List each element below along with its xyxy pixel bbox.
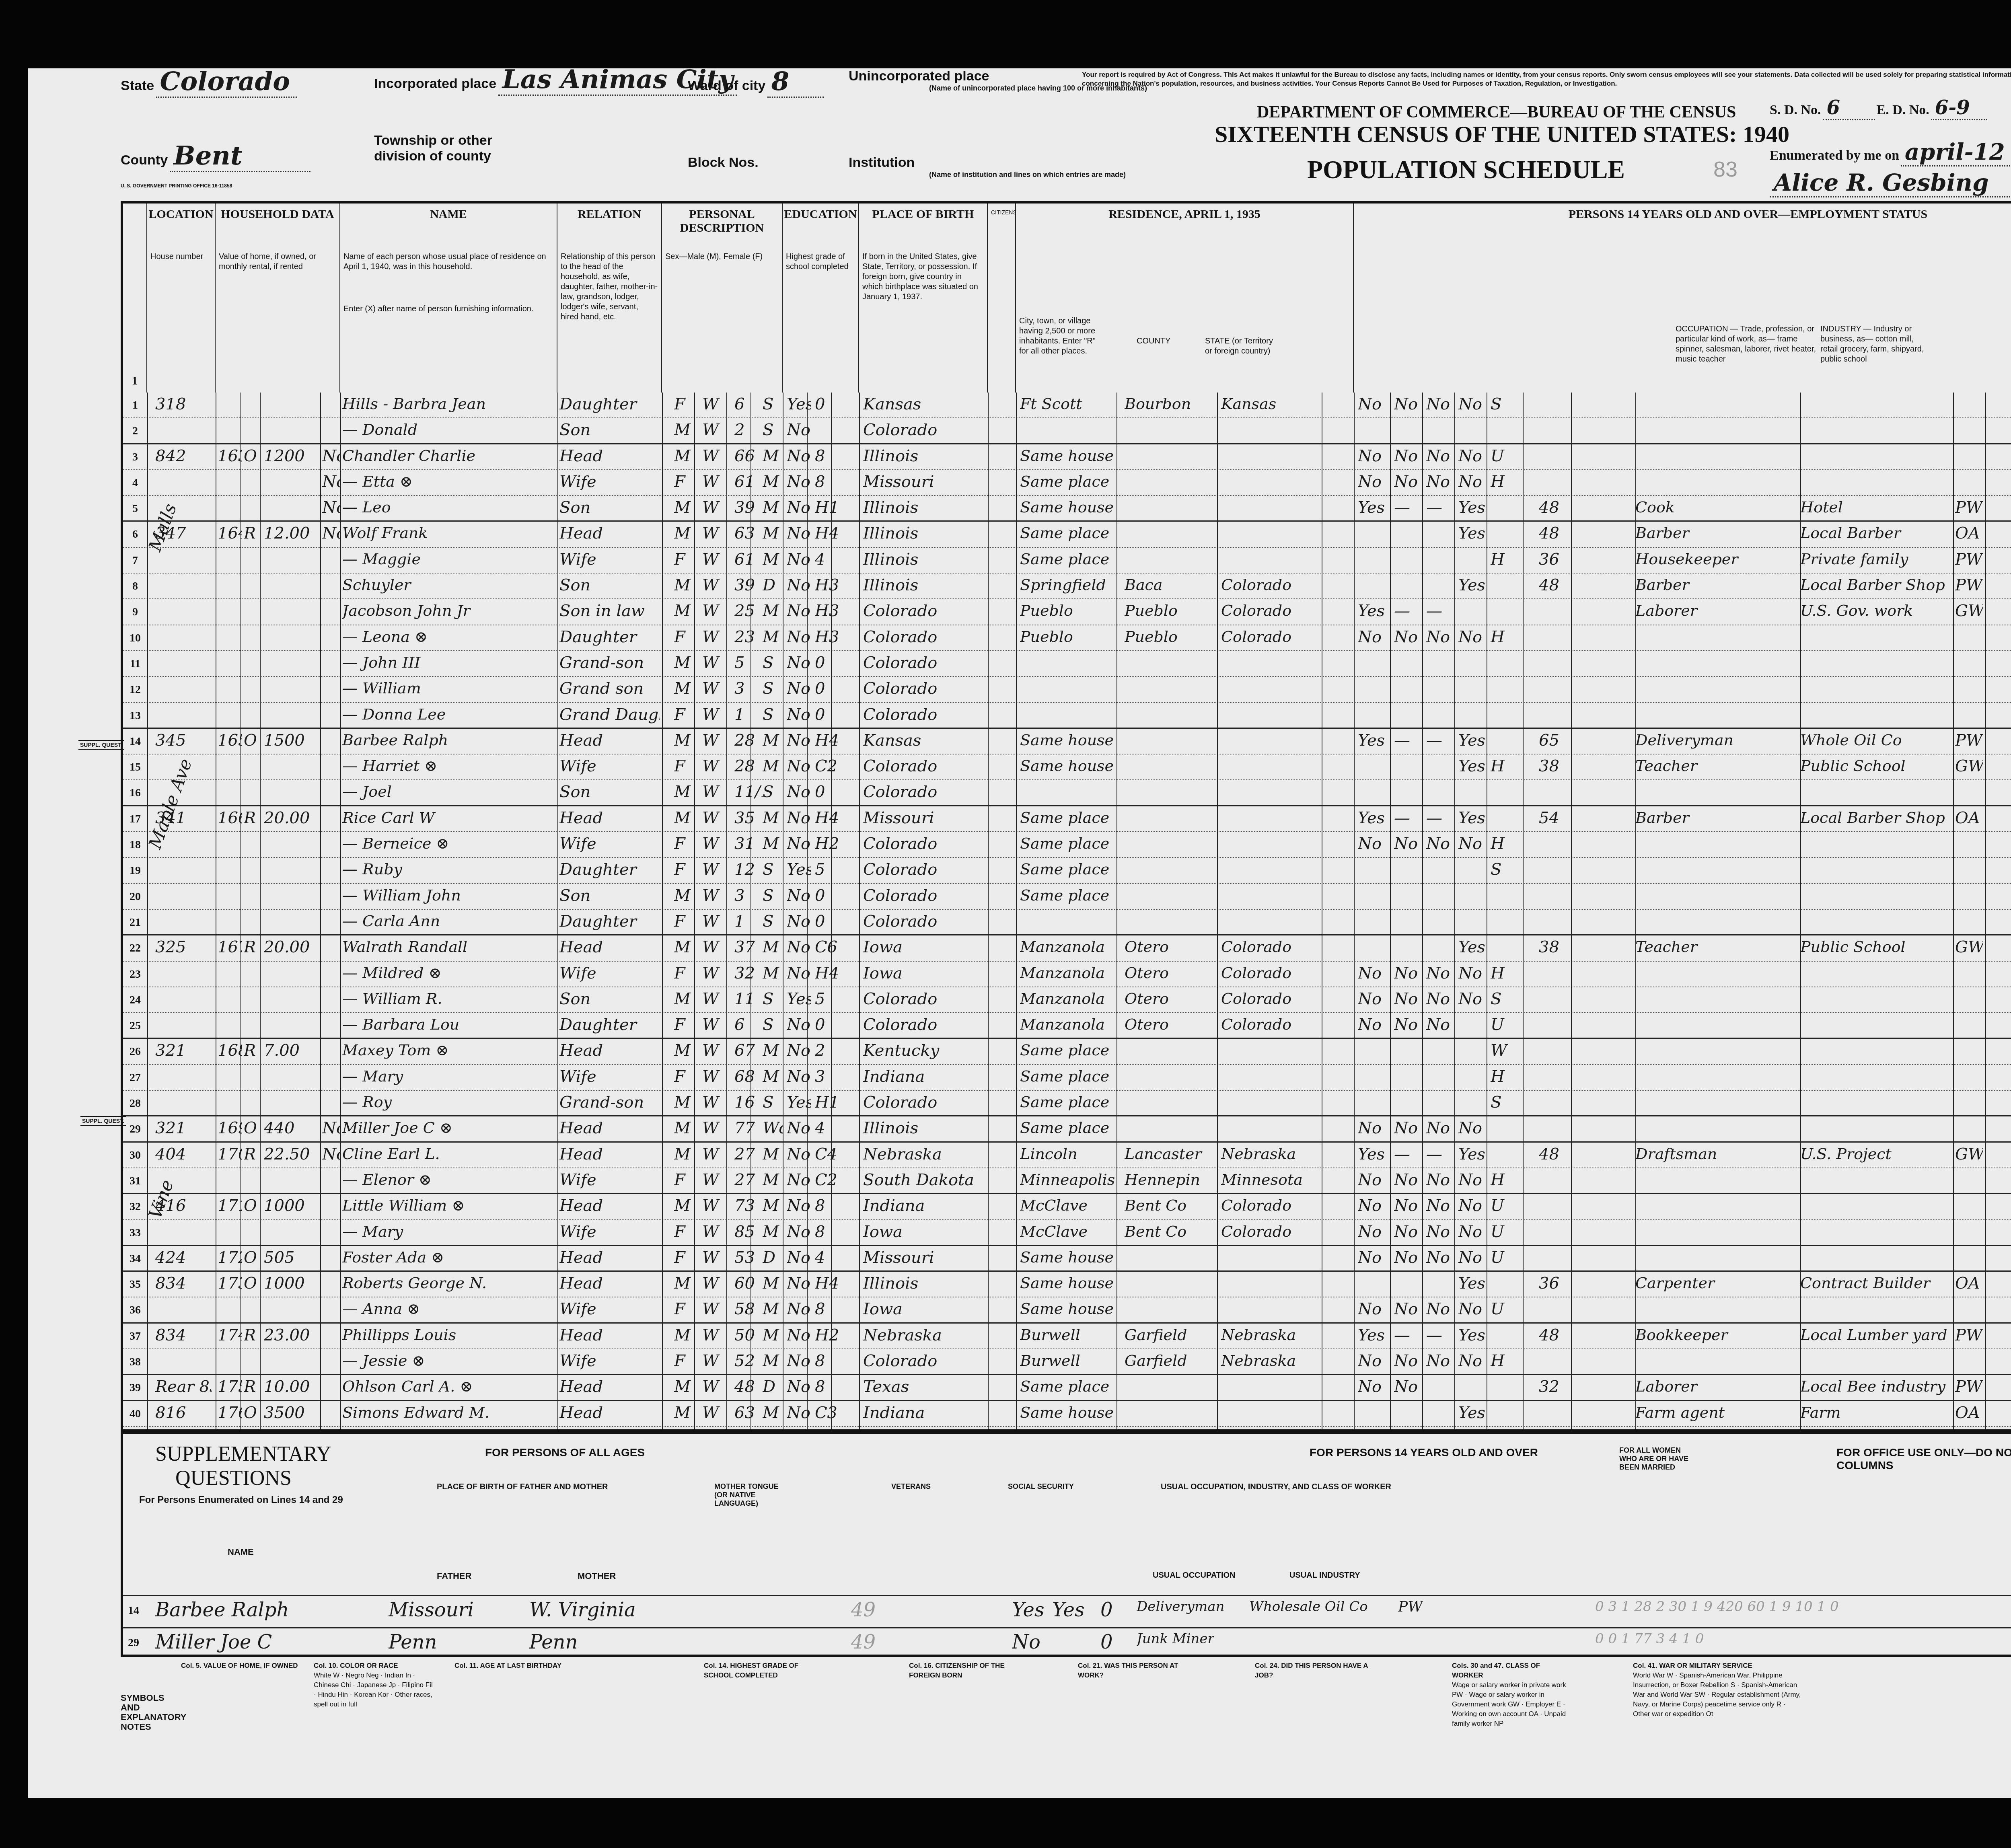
census-row: 3842163O1200NoChandler CharlieHeadMW66MN… bbox=[123, 444, 2011, 470]
cell-q25: U bbox=[1491, 1196, 1519, 1215]
col-group-personal: PERSONAL DESCRIPTIONSex—Male (M), Female… bbox=[662, 204, 783, 393]
census-row: 4No— Etta ⊗WifeFW61MNo8MissouriSame plac… bbox=[123, 470, 2011, 496]
cell-age: 48 bbox=[734, 1377, 763, 1396]
cell-industry: Private family bbox=[1800, 550, 1953, 568]
cell-sex: M bbox=[674, 731, 694, 750]
cell-res-city: Springfield bbox=[1020, 576, 1117, 594]
cell-tenure: O bbox=[244, 1274, 262, 1293]
cell-age: 6 bbox=[734, 1015, 763, 1034]
cell-grade: H4 bbox=[815, 964, 839, 983]
cell-line: 24 bbox=[123, 994, 147, 1007]
cell-res-city: McClave bbox=[1020, 1223, 1117, 1240]
cell-res-county: Pueblo bbox=[1125, 602, 1217, 619]
cell-line: 34 bbox=[123, 1252, 147, 1265]
cell-marital: M bbox=[763, 1352, 783, 1370]
cell-name: — William John bbox=[342, 886, 555, 904]
cell-line: 18 bbox=[123, 839, 147, 851]
cell-q25: H bbox=[1491, 964, 1519, 983]
column-rule bbox=[1016, 393, 1017, 1429]
state-value: Colorado bbox=[156, 66, 297, 98]
cell-q22: — bbox=[1394, 498, 1422, 517]
census-row: 40816176O3500Simons Edward M.HeadMW63MNo… bbox=[123, 1401, 2011, 1427]
cell-race: W bbox=[702, 1274, 722, 1293]
column-rule bbox=[1487, 393, 1487, 1429]
column-rule bbox=[557, 393, 558, 1429]
cell-res-county: Otero bbox=[1125, 990, 1217, 1007]
census-row: 38— Jessie ⊗WifeFW52MNo8ColoradoBurwellG… bbox=[123, 1349, 2011, 1375]
cell-line: 12 bbox=[123, 683, 147, 696]
cell-marital: S bbox=[763, 886, 783, 905]
cell-line: 23 bbox=[123, 968, 147, 981]
notes-col11: Col. 11. AGE AT LAST BIRTHDAY bbox=[454, 1661, 575, 1671]
cell-industry: Local Lumber yard bbox=[1800, 1326, 1953, 1344]
cell-race: W bbox=[702, 964, 722, 983]
cell-q21: No bbox=[1358, 835, 1390, 853]
cell-q21: No bbox=[1358, 628, 1390, 646]
cell-age: 16 bbox=[734, 1093, 763, 1112]
cell-marital: M bbox=[763, 550, 783, 569]
cell-line: 38 bbox=[123, 1356, 147, 1369]
cell-sex: M bbox=[674, 1119, 694, 1137]
col-relation: RELATIONRelationship of this person to t… bbox=[557, 204, 662, 393]
enumerated-label: Enumerated by me on bbox=[1770, 148, 1899, 163]
cell-q21: No bbox=[1358, 1352, 1390, 1370]
cell-res-city: Same house bbox=[1020, 447, 1117, 465]
cell-value: 505 bbox=[264, 1248, 320, 1267]
cell-sex: F bbox=[674, 757, 694, 775]
cell-res-county: Lancaster bbox=[1125, 1145, 1217, 1163]
cell-name: — Anna ⊗ bbox=[342, 1300, 555, 1318]
cell-age: 85 bbox=[734, 1223, 763, 1241]
cell-occupation: Draftsman bbox=[1635, 1145, 1796, 1163]
cell-marital: S bbox=[763, 912, 783, 931]
cell-relation: Head bbox=[559, 447, 660, 465]
cell-q21: Yes bbox=[1358, 498, 1390, 517]
cell-q25: U bbox=[1491, 1223, 1519, 1241]
ward-field: Ward of city 8 bbox=[688, 66, 824, 98]
enumerator-field: Alice R. Gesbing , Enumerator. bbox=[1770, 169, 2011, 197]
supp-birth-parents: PLACE OF BIRTH OF FATHER AND MOTHER bbox=[437, 1482, 608, 1492]
cell-relation: Head bbox=[559, 1196, 660, 1215]
cell-q22: No bbox=[1394, 1196, 1422, 1215]
cell-res-city: Lincoln bbox=[1020, 1145, 1117, 1163]
cell-q22: No bbox=[1394, 447, 1422, 465]
census-row: 1318Hills - Barbra JeanDaughterFW6SYes0K… bbox=[123, 393, 2011, 418]
cell-value: 12.00 bbox=[264, 524, 320, 543]
cell-grade: 8 bbox=[815, 1196, 839, 1215]
cell-sex: F bbox=[674, 1067, 694, 1086]
cell-race: W bbox=[702, 1223, 722, 1241]
cell-name: Schuyler bbox=[342, 576, 555, 594]
notes-symbols: SYMBOLS AND EXPLANATORY NOTES bbox=[121, 1693, 169, 1732]
cell-q22: No bbox=[1394, 1352, 1422, 1370]
cell-marital: M bbox=[763, 809, 783, 827]
cell-farm: No bbox=[322, 447, 340, 465]
census-row: 9Jacobson John JrSon in lawMW25MNoH3Colo… bbox=[123, 599, 2011, 625]
census-row: 31— Elenor ⊗WifeFW27MNoC2South DakotaMin… bbox=[123, 1168, 2011, 1194]
column-rule bbox=[807, 393, 808, 1429]
census-row: 33— MaryWifeFW85MNo8IowaMcClaveBent CoCo… bbox=[123, 1220, 2011, 1246]
cell-line: 7 bbox=[123, 554, 147, 567]
cell-race: W bbox=[702, 1119, 722, 1137]
cell-value: 22.50 bbox=[264, 1145, 320, 1163]
census-row: 10— Leona ⊗DaughterFW23MNoH3ColoradoPueb… bbox=[123, 625, 2011, 651]
column-rule bbox=[694, 393, 695, 1429]
cell-race: W bbox=[702, 654, 722, 672]
cell-q22: No bbox=[1394, 1015, 1422, 1034]
cell-age: 61 bbox=[734, 473, 763, 491]
township-label: Township or other division of county bbox=[374, 133, 492, 164]
cell-marital: S bbox=[763, 990, 783, 1008]
cell-sex: F bbox=[674, 860, 694, 879]
cell-q23: No bbox=[1426, 1300, 1454, 1318]
cell-q22: No bbox=[1394, 1119, 1422, 1137]
cell-age: 23 bbox=[734, 628, 763, 646]
cell-race: W bbox=[702, 498, 722, 517]
cell-grade: H4 bbox=[815, 524, 839, 543]
unincorporated-label: Unincorporated place bbox=[849, 68, 989, 84]
cell-relation: Daughter bbox=[559, 912, 660, 931]
cell-grade: 2 bbox=[815, 1041, 839, 1060]
cell-q23: No bbox=[1426, 1223, 1454, 1241]
cell-name: — Jessie ⊗ bbox=[342, 1352, 555, 1369]
cell-relation: Wife bbox=[559, 1171, 660, 1189]
supp-col-mother: MOTHER bbox=[578, 1571, 616, 1581]
cell-house: 345 bbox=[155, 731, 212, 750]
cell-res-state: Minnesota bbox=[1221, 1171, 1318, 1188]
cell-marital: M bbox=[763, 1326, 783, 1344]
cell-name: — William bbox=[342, 679, 555, 697]
cell-res-state: Colorado bbox=[1221, 964, 1318, 982]
cell-q24: No bbox=[1458, 964, 1487, 983]
cell-grade: 4 bbox=[815, 550, 839, 569]
cell-farm: No bbox=[322, 498, 340, 517]
cell-q23: No bbox=[1426, 395, 1454, 413]
cell-class: GW bbox=[1955, 938, 1983, 956]
cell-relation: Son bbox=[559, 421, 660, 439]
cell-farm: No bbox=[322, 473, 340, 491]
census-row: 29321169O440NoMiller Joe C ⊗HeadMW77WdNo… bbox=[123, 1116, 2011, 1142]
col-group-employment: PERSONS 14 YEARS OLD AND OVER—EMPLOYMENT… bbox=[1354, 204, 2011, 393]
cell-marital: M bbox=[763, 1145, 783, 1163]
cell-birthplace: Iowa bbox=[863, 1300, 984, 1318]
cell-name: — Leona ⊗ bbox=[342, 628, 555, 645]
census-row: 32416171O1000Little William ⊗HeadMW73MNo… bbox=[123, 1194, 2011, 1220]
census-row: 6347164R12.00NoWolf FrankHeadMW63MNoH4Il… bbox=[123, 522, 2011, 547]
cell-relation: Son bbox=[559, 886, 660, 905]
cell-res-state: Colorado bbox=[1221, 938, 1318, 956]
cell-res-city: Same house bbox=[1020, 498, 1117, 516]
suppl-quest-marker-14: SUPPL. QUEST. bbox=[78, 740, 124, 750]
cell-q24: No bbox=[1458, 990, 1487, 1008]
state-label: State bbox=[121, 78, 154, 93]
cell-res-city: Same place bbox=[1020, 860, 1117, 878]
cell-class: PW bbox=[1955, 576, 1983, 594]
cell-race: W bbox=[702, 628, 722, 646]
supp-class: PW bbox=[1398, 1599, 1423, 1615]
cell-grade: 8 bbox=[815, 473, 839, 491]
cell-sex: F bbox=[674, 1352, 694, 1370]
cell-age: 32 bbox=[734, 964, 763, 983]
cell-grade: 0 bbox=[815, 395, 839, 413]
cell-age: 73 bbox=[734, 1196, 763, 1215]
cell-age: 39 bbox=[734, 498, 763, 517]
cell-occupation: Barber bbox=[1635, 576, 1796, 594]
cell-line: 16 bbox=[123, 787, 147, 800]
cell-race: W bbox=[702, 938, 722, 956]
supp-ss-2: Yes bbox=[1052, 1599, 1085, 1621]
cell-hours: 54 bbox=[1539, 809, 1571, 827]
supp-row-14: 14 Barbee Ralph Missouri W. Virginia 49 … bbox=[123, 1595, 2011, 1628]
cell-line: 33 bbox=[123, 1227, 147, 1240]
cell-q25: W bbox=[1491, 1041, 1519, 1060]
cell-q23: — bbox=[1426, 731, 1454, 750]
cell-marital: S bbox=[763, 705, 783, 724]
cell-race: W bbox=[702, 550, 722, 569]
supp-ss-1: Yes bbox=[1012, 1599, 1045, 1621]
cell-q22: No bbox=[1394, 1223, 1422, 1241]
cell-hh: 170 bbox=[218, 1145, 242, 1163]
cell-name: — Barbara Lou bbox=[342, 1015, 555, 1033]
cell-house: 404 bbox=[155, 1145, 212, 1163]
cell-marital: M bbox=[763, 1300, 783, 1318]
cell-race: W bbox=[702, 912, 722, 931]
cell-sex: M bbox=[674, 1093, 694, 1112]
cell-q21: No bbox=[1358, 395, 1390, 413]
supp-title-1: SUPPLEMENTARY bbox=[155, 1442, 331, 1466]
cell-marital: S bbox=[763, 860, 783, 879]
cell-grade: H2 bbox=[815, 1326, 839, 1344]
cell-q24: Yes bbox=[1458, 809, 1487, 827]
col-name: NAMEName of each person whose usual plac… bbox=[340, 204, 557, 393]
cell-q24: No bbox=[1458, 835, 1487, 853]
cell-tenure: O bbox=[244, 447, 262, 465]
cell-res-city: Same place bbox=[1020, 1119, 1117, 1137]
supp-title-2: QUESTIONS bbox=[175, 1466, 292, 1490]
cell-res-state: Colorado bbox=[1221, 1196, 1318, 1214]
cell-q24: No bbox=[1458, 628, 1487, 646]
cell-birthplace: Colorado bbox=[863, 990, 984, 1008]
cell-marital: M bbox=[763, 757, 783, 775]
cell-res-state: Colorado bbox=[1221, 1015, 1318, 1033]
cell-relation: Son bbox=[559, 498, 660, 517]
supp-usual-industry: Wholesale Oil Co bbox=[1249, 1599, 1368, 1615]
cell-name: — Mildred ⊗ bbox=[342, 964, 555, 982]
cell-age: 6 bbox=[734, 395, 763, 413]
cell-name: Maxey Tom ⊗ bbox=[342, 1041, 555, 1059]
cell-marital: D bbox=[763, 1377, 783, 1396]
cell-res-city: Minneapolis bbox=[1020, 1171, 1117, 1188]
cell-class: OA bbox=[1955, 1404, 1983, 1422]
cell-sex: M bbox=[674, 421, 694, 439]
cell-q23: No bbox=[1426, 1119, 1454, 1137]
cell-birthplace: Colorado bbox=[863, 1352, 984, 1370]
cell-tenure: R bbox=[244, 938, 262, 956]
cell-hours: 48 bbox=[1539, 576, 1571, 594]
cell-name: Little William ⊗ bbox=[342, 1196, 555, 1214]
cell-res-city: Same house bbox=[1020, 1300, 1117, 1318]
population-schedule-table: 1 LOCATIONHouse number HOUSEHOLD DATAVal… bbox=[121, 201, 2011, 1432]
cell-line: 35 bbox=[123, 1278, 147, 1291]
cell-sex: M bbox=[674, 654, 694, 672]
cell-value: 10.00 bbox=[264, 1377, 320, 1396]
supp-name: Barbee Ralph bbox=[155, 1599, 289, 1621]
cell-house: 834 bbox=[155, 1326, 212, 1344]
cell-industry: Local Barber bbox=[1800, 524, 1953, 542]
cell-name: Walrath Randall bbox=[342, 938, 555, 956]
cell-class: PW bbox=[1955, 550, 1983, 569]
cell-hours: 32 bbox=[1539, 1377, 1571, 1396]
cell-sex: F bbox=[674, 835, 694, 853]
column-rule bbox=[340, 393, 341, 1429]
cell-grade: H1 bbox=[815, 1093, 839, 1112]
cell-value: 1000 bbox=[264, 1274, 320, 1293]
cell-relation: Wife bbox=[559, 1067, 660, 1086]
census-row: 7— MaggieWifeFW61MNo4IllinoisSame placeH… bbox=[123, 548, 2011, 574]
cell-q21: No bbox=[1358, 964, 1390, 983]
cell-res-city: Burwell bbox=[1020, 1352, 1117, 1369]
cell-q22: — bbox=[1394, 1145, 1422, 1163]
cell-marital: M bbox=[763, 1067, 783, 1086]
cell-race: W bbox=[702, 1248, 722, 1267]
cell-hours: 48 bbox=[1539, 498, 1571, 517]
cell-q23: No bbox=[1426, 1196, 1454, 1215]
cell-hh: 166 bbox=[218, 809, 242, 827]
cell-q25: H bbox=[1491, 835, 1519, 853]
cell-grade: 3 bbox=[815, 1067, 839, 1086]
column-rule bbox=[240, 393, 241, 1429]
cell-res-county: Pueblo bbox=[1125, 628, 1217, 645]
cell-marital: M bbox=[763, 1196, 783, 1215]
printing-office: U. S. GOVERNMENT PRINTING OFFICE 16-1185… bbox=[121, 183, 232, 189]
cell-res-county: Hennepin bbox=[1125, 1171, 1217, 1188]
cell-age: 63 bbox=[734, 1404, 763, 1422]
cell-age: 77 bbox=[734, 1119, 763, 1137]
cell-hours: 38 bbox=[1539, 757, 1571, 775]
census-row: 16— JoelSonMW11/12SNo0Colorado16 bbox=[123, 780, 2011, 806]
cell-q23: No bbox=[1426, 964, 1454, 983]
cell-grade: 0 bbox=[815, 912, 839, 931]
cell-relation: Grand Daughter bbox=[559, 705, 660, 724]
cell-grade: C3 bbox=[815, 1404, 839, 1422]
cell-res-city: Same house bbox=[1020, 1248, 1117, 1266]
cell-birthplace: Colorado bbox=[863, 835, 984, 853]
supplementary-questions: SUPPLEMENTARY QUESTIONS For Persons Enum… bbox=[121, 1432, 2011, 1657]
cell-q21: No bbox=[1358, 1119, 1390, 1137]
cell-q24: No bbox=[1458, 1196, 1487, 1215]
cell-birthplace: Illinois bbox=[863, 524, 984, 543]
cell-relation: Head bbox=[559, 1041, 660, 1060]
county-field: County Bent bbox=[121, 141, 310, 172]
census-row: 22325167R20.00Walrath RandallHeadMW37MNo… bbox=[123, 935, 2011, 961]
cell-q21: No bbox=[1358, 473, 1390, 491]
cell-q22: No bbox=[1394, 835, 1422, 853]
cell-res-county: Bent Co bbox=[1125, 1223, 1217, 1240]
cell-age: 35 bbox=[734, 809, 763, 827]
cell-relation: Wife bbox=[559, 1352, 660, 1370]
column-rule bbox=[1354, 393, 1355, 1429]
cell-relation: Grand son bbox=[559, 679, 660, 698]
cell-grade: 0 bbox=[815, 654, 839, 672]
cell-line: 26 bbox=[123, 1045, 147, 1058]
cell-age: 1 bbox=[734, 912, 763, 931]
cell-occupation: Carpenter bbox=[1635, 1274, 1796, 1292]
cell-value: 23.00 bbox=[264, 1326, 320, 1344]
cell-sex: M bbox=[674, 679, 694, 698]
cell-relation: Daughter bbox=[559, 395, 660, 413]
cell-res-state: Kansas bbox=[1221, 395, 1318, 413]
cell-line: 13 bbox=[123, 709, 147, 722]
cell-birthplace: Iowa bbox=[863, 964, 984, 983]
cell-age: 50 bbox=[734, 1326, 763, 1344]
census-row: 25— Barbara LouDaughterFW6SNo0ColoradoMa… bbox=[123, 1013, 2011, 1039]
cell-q22: No bbox=[1394, 1377, 1422, 1396]
cell-name: — John III bbox=[342, 654, 555, 671]
cell-relation: Head bbox=[559, 1377, 660, 1396]
cell-race: W bbox=[702, 1015, 722, 1034]
cell-age: 28 bbox=[734, 757, 763, 775]
cell-industry: U.S. Project bbox=[1800, 1145, 1953, 1163]
cell-birthplace: Nebraska bbox=[863, 1326, 984, 1344]
cell-race: W bbox=[702, 679, 722, 698]
county-value: Bent bbox=[170, 141, 310, 172]
cell-q23: No bbox=[1426, 473, 1454, 491]
cell-line: 36 bbox=[123, 1304, 147, 1317]
cell-res-city: Manzanola bbox=[1020, 964, 1117, 982]
cell-industry: Contract Builder bbox=[1800, 1274, 1953, 1292]
cell-line: 14 bbox=[123, 735, 147, 748]
cell-q25: U bbox=[1491, 1248, 1519, 1267]
cell-q24: No bbox=[1458, 1248, 1487, 1267]
cell-birthplace: Colorado bbox=[863, 1093, 984, 1112]
cell-relation: Daughter bbox=[559, 860, 660, 879]
cell-res-city: Pueblo bbox=[1020, 602, 1117, 619]
supp-veterans: VETERANS bbox=[891, 1482, 931, 1491]
cell-relation: Head bbox=[559, 1326, 660, 1344]
cell-age: 27 bbox=[734, 1171, 763, 1189]
ward-value: 8 bbox=[767, 66, 824, 98]
sd-ed-field: S. D. No. 6 E. D. No. 6-9 bbox=[1770, 97, 1987, 120]
cell-res-city: Same place bbox=[1020, 524, 1117, 542]
cell-q25: S bbox=[1491, 860, 1519, 879]
cell-q23: No bbox=[1426, 1015, 1454, 1034]
cell-grade: 8 bbox=[815, 1377, 839, 1396]
cell-line: 11 bbox=[123, 658, 147, 670]
cell-res-city: Same house bbox=[1020, 757, 1117, 775]
cell-industry: U.S. Gov. work bbox=[1800, 602, 1953, 619]
supp-usual-occupation: Junk Miner bbox=[1137, 1631, 1214, 1647]
census-row: 14345165O1500Barbee RalphHeadMW28MNoH4Ka… bbox=[123, 729, 2011, 754]
suppl-quest-marker-29: SUPPL. QUEST. bbox=[80, 1116, 126, 1126]
cell-house: 842 bbox=[155, 447, 212, 465]
block-field: Block Nos. bbox=[688, 155, 759, 171]
ed-label: E. D. No. bbox=[1877, 103, 1929, 117]
cell-name: Jacobson John Jr bbox=[342, 602, 555, 619]
cell-res-city: Burwell bbox=[1020, 1326, 1117, 1344]
cell-relation: Head bbox=[559, 731, 660, 750]
cell-relation: Wife bbox=[559, 964, 660, 983]
cell-q24: No bbox=[1458, 395, 1487, 413]
cell-q23: — bbox=[1426, 602, 1454, 620]
cell-birthplace: Kansas bbox=[863, 731, 984, 750]
cell-line: 15 bbox=[123, 761, 147, 774]
cell-house: 834 bbox=[155, 1274, 212, 1293]
supp-all-ages: FOR PERSONS OF ALL AGES bbox=[485, 1446, 645, 1459]
cell-hh: 171 bbox=[218, 1196, 242, 1215]
cell-res-city: Pueblo bbox=[1020, 628, 1117, 645]
cell-hh: 163 bbox=[218, 447, 242, 465]
cell-line: 39 bbox=[123, 1381, 147, 1394]
